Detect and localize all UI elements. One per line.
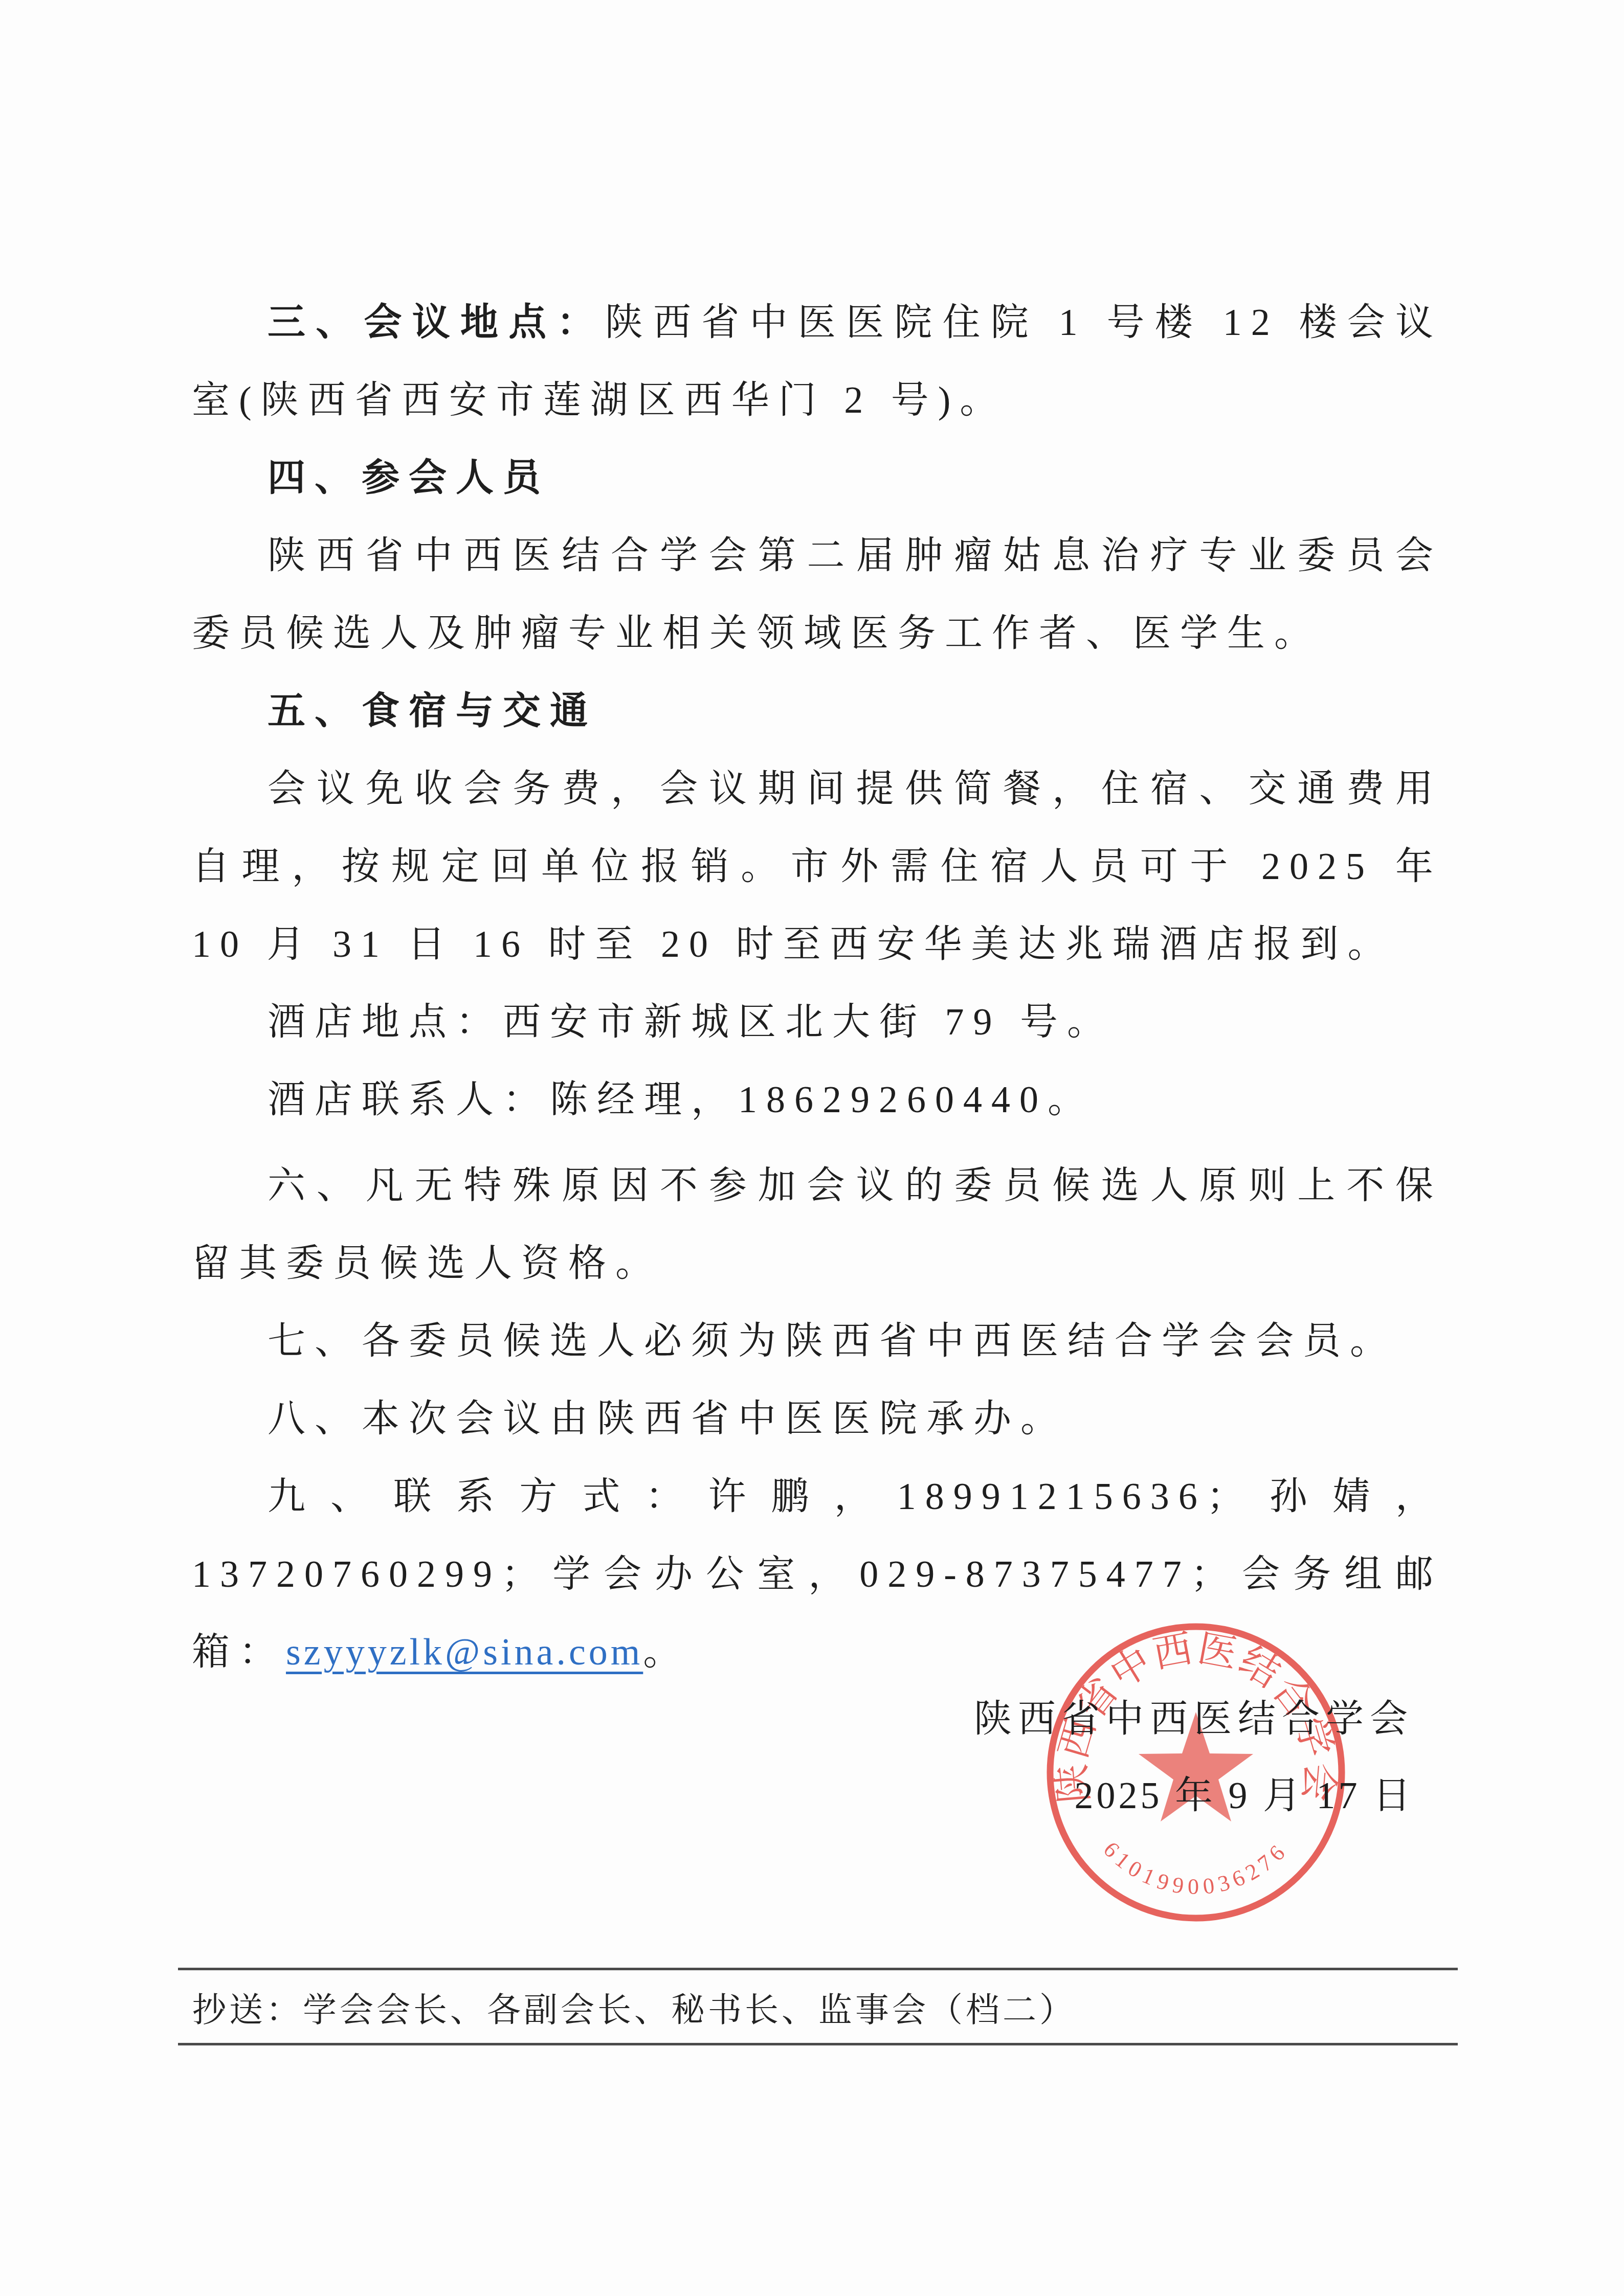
footer-top-rule (178, 1968, 1458, 1970)
signature-date: 2025 年 9 月 17 日 (974, 1770, 1414, 1821)
cc-recipients-line: 抄送：学会会长、各副会长、秘书长、监事会（档二） (192, 1989, 1458, 2033)
heading-venue-label: 三、会议地点： (268, 302, 605, 344)
heading-board-and-transport: 五、食宿与交通 (192, 672, 1442, 750)
paragraph-organizer: 八、本次会议由陕西省中医医院承办。 (192, 1380, 1442, 1458)
document-page: 三、会议地点：陕西省中医医院住院 1 号楼 12 楼会议室(陕西省西安市莲湖区西… (0, 0, 1624, 2296)
paragraph-fees-and-hotel-checkin: 会议免收会务费，会议期间提供简餐，住宿、交通费用自理，按规定回单位报销。市外需住… (192, 750, 1442, 983)
document-body: 三、会议地点：陕西省中医医院住院 1 号楼 12 楼会议室(陕西省西安市莲湖区西… (192, 284, 1442, 1691)
paragraph-meeting-venue: 三、会议地点：陕西省中医医院住院 1 号楼 12 楼会议室(陕西省西安市莲湖区西… (192, 284, 1442, 439)
contacts-period: 。 (643, 1631, 690, 1673)
seal-serial-number: 6101990036276 (1099, 1837, 1294, 1899)
paragraph-hotel-address: 酒店地点：西安市新城区北大街 79 号。 (192, 983, 1442, 1061)
signature-block: 陕西省中西医结合学会 2025 年 9 月 17 日 (974, 1694, 1414, 1821)
signature-organization: 陕西省中西医结合学会 (974, 1694, 1414, 1745)
email-link[interactable]: szyyyzlk@sina.com (286, 1631, 643, 1673)
paragraph-membership-rule: 七、各委员候选人必须为陕西省中西医结合学会会员。 (192, 1302, 1442, 1380)
cc-footer: 抄送：学会会长、各副会长、秘书长、监事会（档二） (178, 1968, 1458, 2045)
paragraph-hotel-contact: 酒店联系人：陈经理，18629260440。 (192, 1061, 1442, 1139)
footer-bottom-rule (178, 2043, 1458, 2045)
paragraph-attendees: 陕西省中西医结合学会第二届肿瘤姑息治疗专业委员会委员候选人及肿瘤专业相关领域医务… (192, 517, 1442, 672)
paragraph-absence-rule: 六、凡无特殊原因不参加会议的委员候选人原则上不保留其委员候选人资格。 (192, 1147, 1442, 1302)
heading-attendees: 四、参会人员 (192, 439, 1442, 517)
